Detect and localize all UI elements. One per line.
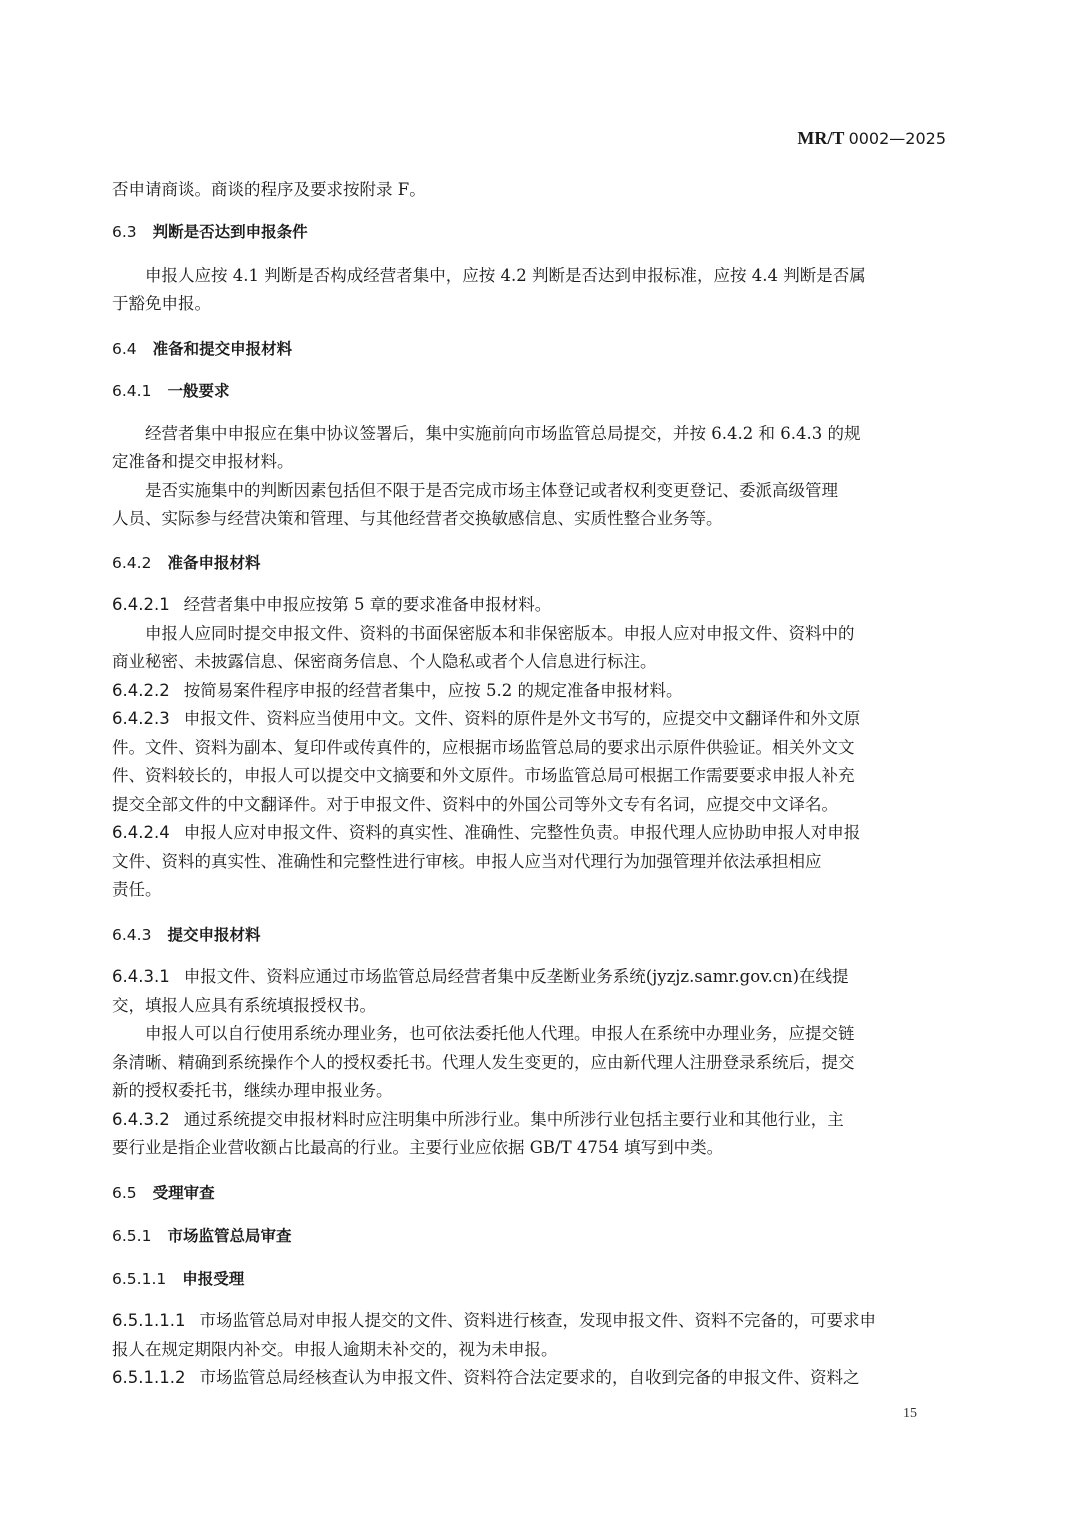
section-number: 6.3 — [112, 223, 137, 241]
clause-6-5-1-1-1: 6.5.1.1.1市场监管总局对申报人提交的文件、资料进行核查，发现申报文件、资… — [112, 1311, 876, 1331]
paragraph-line: 要行业是指企业营收额占比最高的行业。主要行业应依据 GB/T 4754 填写到中… — [112, 1138, 723, 1158]
section-number: 6.4.2 — [112, 554, 151, 572]
clause-number: 6.4.2.4 — [112, 823, 170, 842]
clause-text: 申报人应对申报文件、资料的真实性、准确性、完整性负责。申报代理人应协助申报人对申… — [184, 823, 861, 842]
paragraph-line: 申报人可以自行使用系统办理业务，也可依法委托他人代理。申报人在系统中办理业务，应… — [145, 1024, 855, 1044]
section-number: 6.5.1.1 — [112, 1270, 166, 1288]
clause-text: 按简易案件程序申报的经营者集中，应按 5.2 的规定准备申报材料。 — [184, 681, 683, 700]
clause-6-4-3-2: 6.4.3.2通过系统提交申报材料时应注明集中所涉行业。集中所涉行业包括主要行业… — [112, 1110, 844, 1130]
paragraph-line: 件。文件、资料为副本、复印件或传真件的，应根据市场监管总局的要求出示原件供验证。… — [112, 738, 855, 758]
clause-number: 6.4.2.3 — [112, 709, 170, 728]
standard-code: 0002—2025 — [849, 129, 946, 148]
paragraph-line: 是否实施集中的判断因素包括但不限于是否完成市场主体登记或者权利变更登记、委派高级… — [145, 481, 838, 501]
paragraph-line: 经营者集中申报应在集中协议签署后，集中实施前向市场监管总局提交，并按 6.4.2… — [145, 424, 860, 444]
clause-text: 市场监管总局对申报人提交的文件、资料进行核查，发现申报文件、资料不完备的，可要求… — [199, 1311, 876, 1330]
paragraph-line: 新的授权委托书，继续办理申报业务。 — [112, 1081, 393, 1101]
paragraph-line: 提交全部文件的中文翻译件。对于申报文件、资料中的外国公司等外文专有名词，应提交中… — [112, 795, 838, 815]
paragraph-line: 商业秘密、未披露信息、保密商务信息、个人隐私或者个人信息进行标注。 — [112, 652, 657, 672]
clause-6-4-2-3: 6.4.2.3申报文件、资料应当使用中文。文件、资料的原件是外文书写的，应提交中… — [112, 709, 860, 729]
section-heading-6-4: 6.4准备和提交申报材料 — [112, 339, 292, 359]
clause-text: 通过系统提交申报材料时应注明集中所涉行业。集中所涉行业包括主要行业和其他行业，主 — [184, 1110, 844, 1129]
paragraph-continuation: 否申请商谈。商谈的程序及要求按附录 F。 — [112, 180, 426, 200]
standard-prefix: MR/T — [797, 128, 844, 148]
section-number: 6.5 — [112, 1184, 137, 1202]
paragraph-line: 申报人应同时提交申报文件、资料的书面保密版本和非保密版本。申报人应对申报文件、资… — [145, 624, 855, 644]
page-number: 15 — [903, 1406, 917, 1422]
clause-number: 6.5.1.1.1 — [112, 1311, 185, 1330]
section-title: 准备和提交申报材料 — [153, 340, 293, 358]
section-number: 6.4.1 — [112, 382, 151, 400]
section-title: 受理审查 — [153, 1184, 215, 1202]
clause-number: 6.4.2.1 — [112, 595, 170, 614]
section-title: 市场监管总局审查 — [167, 1227, 291, 1245]
paragraph-line: 定准备和提交申报材料。 — [112, 452, 294, 472]
section-title: 判断是否达到申报条件 — [153, 223, 308, 241]
clause-text: 经营者集中申报应按第 5 章的要求准备申报材料。 — [184, 595, 552, 614]
clause-6-4-2-1: 6.4.2.1经营者集中申报应按第 5 章的要求准备申报材料。 — [112, 595, 551, 615]
section-heading-6-4-1: 6.4.1一般要求 — [112, 381, 229, 401]
section-heading-6-4-2: 6.4.2准备申报材料 — [112, 553, 260, 573]
section-heading-6-5-1-1: 6.5.1.1申报受理 — [112, 1269, 244, 1289]
clause-number: 6.4.2.2 — [112, 681, 170, 700]
paragraph-line: 报人在规定期限内补交。申报人逾期未补交的，视为未申报。 — [112, 1340, 558, 1360]
clause-6-4-2-2: 6.4.2.2按简易案件程序申报的经营者集中，应按 5.2 的规定准备申报材料。 — [112, 681, 682, 701]
clause-6-4-2-4: 6.4.2.4申报人应对申报文件、资料的真实性、准确性、完整性负责。申报代理人应… — [112, 823, 860, 843]
section-title: 申报受理 — [182, 1270, 244, 1288]
clause-text: 申报文件、资料应通过市场监管总局经营者集中反垄断业务系统(jyzjz.samr.… — [184, 967, 849, 986]
clause-number: 6.5.1.1.2 — [112, 1368, 185, 1387]
section-title: 准备申报材料 — [167, 554, 260, 572]
section-heading-6-3: 6.3判断是否达到申报条件 — [112, 222, 308, 242]
section-number: 6.4 — [112, 340, 137, 358]
section-heading-6-4-3: 6.4.3提交申报材料 — [112, 925, 260, 945]
clause-text: 市场监管总局经核查认为申报文件、资料符合法定要求的，自收到完备的申报文件、资料之 — [199, 1368, 859, 1387]
paragraph-line: 交，填报人应具有系统填报授权书。 — [112, 996, 376, 1016]
paragraph-line: 文件、资料的真实性、准确性和完整性进行审核。申报人应当对代理行为加强管理并依法承… — [112, 852, 822, 872]
section-number: 6.4.3 — [112, 926, 151, 944]
standard-number: MR/T 0002—2025 — [797, 128, 946, 149]
section-heading-6-5-1: 6.5.1市场监管总局审查 — [112, 1226, 291, 1246]
clause-number: 6.4.3.2 — [112, 1110, 170, 1129]
clause-6-5-1-1-2: 6.5.1.1.2市场监管总局经核查认为申报文件、资料符合法定要求的，自收到完备… — [112, 1368, 859, 1388]
section-title: 提交申报材料 — [167, 926, 260, 944]
section-number: 6.5.1 — [112, 1227, 151, 1245]
paragraph-line: 责任。 — [112, 880, 162, 900]
paragraph-line: 件、资料较长的，申报人可以提交中文摘要和外文原件。市场监管总局可根据工作需要要求… — [112, 766, 855, 786]
section-title: 一般要求 — [167, 382, 229, 400]
clause-text: 申报文件、资料应当使用中文。文件、资料的原件是外文书写的，应提交中文翻译件和外文… — [184, 709, 861, 728]
paragraph-line: 条清晰、精确到系统操作个人的授权委托书。代理人发生变更的，应由新代理人注册登录系… — [112, 1053, 855, 1073]
paragraph-line: 于豁免申报。 — [112, 294, 211, 314]
paragraph-line: 申报人应按 4.1 判断是否构成经营者集中，应按 4.2 判断是否达到申报标准，… — [145, 266, 866, 286]
clause-number: 6.4.3.1 — [112, 967, 170, 986]
paragraph-line: 人员、实际参与经营决策和管理、与其他经营者交换敏感信息、实质性整合业务等。 — [112, 509, 723, 529]
clause-6-4-3-1: 6.4.3.1申报文件、资料应通过市场监管总局经营者集中反垄断业务系统(jyzj… — [112, 967, 849, 987]
section-heading-6-5: 6.5受理审查 — [112, 1183, 215, 1203]
